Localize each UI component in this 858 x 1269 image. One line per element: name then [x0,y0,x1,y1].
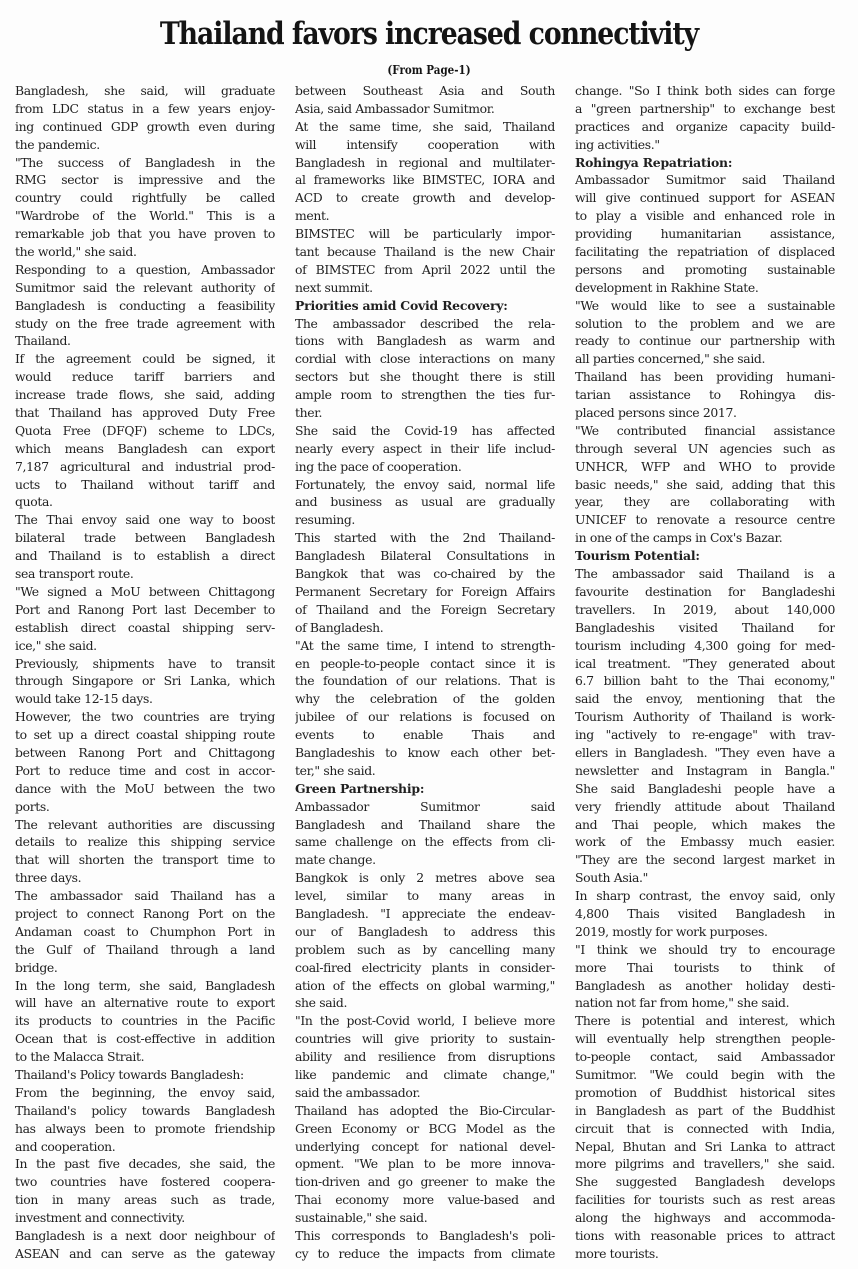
text-line: more Thai tourists to think of [575,959,835,977]
text-line: the foundation of our relations. That is [295,672,555,690]
text-line: Bangladesh is conducting a feasibility [15,297,275,315]
text-line: through Singapore or Sri Lanka, which [15,672,275,690]
text-line: ports. [15,798,275,816]
text-line: work of the Embassy much easier. [575,833,835,851]
text-line: a "green partnership" to exchange best [575,100,835,118]
text-line: Thailand. [15,332,275,350]
text-line: study on the free trade agreement with [15,315,275,333]
text-line: tant because Thailand is the new Chair [295,243,555,261]
text-line: basic needs," she said, adding that this [575,476,835,494]
text-line: At the same time, she said, Thailand [295,118,555,136]
text-line: She said Bangladeshi people have a [575,780,835,798]
text-line: why the celebration of the golden [295,690,555,708]
text-line: Sumitmor said the relevant authority of [15,279,275,297]
text-line: said the envoy, mentioning that the [575,690,835,708]
text-line: its products to countries in the Pacific [15,1012,275,1030]
text-line: of Bangladesh. [295,619,555,637]
text-line: Bangladesh, she said, will graduate [15,82,275,100]
text-line: Port to reduce time and cost in accor- [15,762,275,780]
text-line: Bangladesh. "I appreciate the endeav- [295,905,555,923]
text-line: will have an alternative route to export [15,994,275,1012]
text-line: events to enable Thais and [295,726,555,744]
text-line: The ambassador described the rela- [295,315,555,333]
text-line: coal-fired electricity plants in conside… [295,959,555,977]
text-line: Ambassador Sumitmor said [295,798,555,816]
text-line: Nepal, Bhutan and Sri Lanka to attract [575,1138,835,1156]
text-line: to set up a direct coastal shipping rout… [15,726,275,744]
text-line: Andaman coast to Chumphon Port in [15,923,275,941]
text-line: This corresponds to Bangladesh's poli- [295,1227,555,1245]
text-line: tion in many areas such as trade, [15,1191,275,1209]
text-line: details to realize this shipping service [15,833,275,851]
text-line: en people-to-people contact since it is [295,655,555,673]
text-line: Permanent Secretary for Foreign Affairs [295,583,555,601]
text-line: favourite destination for Bangladeshi [575,583,835,601]
section-heading: Tourism Potential: [575,547,835,565]
text-line: will give continued support for ASEAN [575,189,835,207]
text-line: underlying concept for national devel- [295,1138,555,1156]
text-line: The ambassador said Thailand is a [575,565,835,583]
text-line: tions with Bangladesh as warm and [295,332,555,350]
text-line: In the long term, she said, Bangladesh [15,977,275,995]
text-line: would take 12-15 days. [15,690,275,708]
text-line: ing "actively to re-engage" with trav- [575,726,835,744]
text-line: Bangladesh as another holiday desti- [575,977,835,995]
text-line: Ocean that is cost-effective in addition [15,1030,275,1048]
text-line: Bangladesh and Thailand share the [295,816,555,834]
text-line: However, the two countries are trying [15,708,275,726]
text-line: opment. "We plan to be more innova- [295,1155,555,1173]
text-line: The ambassador said Thailand has a [15,887,275,905]
text-line: Sumitmor. "We could begin with the [575,1066,835,1084]
text-line: Ambassador Sumitmor said Thailand [575,171,835,189]
text-line: bilateral trade between Bangladesh [15,529,275,547]
text-line: sea transport route. [15,565,275,583]
text-line: providing humanitarian assistance, [575,225,835,243]
text-line: "The success of Bangladesh in the [15,154,275,172]
text-line: development in Rakhine State. [575,279,835,297]
text-line: cy to reduce the impacts from climate [295,1245,555,1263]
text-line: dance with the MoU between the two [15,780,275,798]
text-line: country could rightfully be called [15,189,275,207]
text-line: There is potential and interest, which [575,1012,835,1030]
text-line: in one of the camps in Cox's Bazar. [575,529,835,547]
text-line: promotion of Buddhist historical sites [575,1084,835,1102]
text-line: project to connect Ranong Port on the [15,905,275,923]
text-line: Tourism Authority of Thailand is work- [575,708,835,726]
text-line: that Thailand has approved Duty Free [15,404,275,422]
text-line: tions with reasonable prices to attract [575,1227,835,1245]
text-line: travellers. In 2019, about 140,000 [575,601,835,619]
text-line: ellers in Bangladesh. "They even have a [575,744,835,762]
text-line: same challenge on the effects from cli- [295,833,555,851]
article-column-1: Bangladesh, she said, will graduatefrom … [15,82,275,1263]
text-line: very friendly attitude about Thailand [575,798,835,816]
text-line: establish direct coastal shipping serv- [15,619,275,637]
text-line: and Thailand is to establish a direct [15,547,275,565]
text-line: quota. [15,493,275,511]
text-line: will eventually help strengthen people- [575,1030,835,1048]
text-line: that will shorten the transport time to [15,851,275,869]
text-line: ing continued GDP growth even during [15,118,275,136]
text-line: year, they are collaborating with [575,493,835,511]
text-line: "We would like to see a sustainable [575,297,835,315]
text-line: Port and Ranong Port last December to [15,601,275,619]
text-line: From the beginning, the envoy said, [15,1084,275,1102]
text-line: jubilee of our relations is focused on [295,708,555,726]
section-heading: Green Partnership: [295,780,555,798]
text-line: nearly every aspect in their life includ… [295,440,555,458]
text-line: all parties concerned," she said. [575,350,835,368]
text-line: tarian assistance to Rohingya dis- [575,386,835,404]
text-line: Asia, said Ambassador Sumitmor. [295,100,555,118]
text-line: UNHCR, WFP and WHO to provide [575,458,835,476]
text-line: Previously, shipments have to transit [15,655,275,673]
text-line: facilitating the repatriation of displac… [575,243,835,261]
text-line: resuming. [295,511,555,529]
text-line: practices and organize capacity build- [575,118,835,136]
text-line: ing activities." [575,136,835,154]
text-line: like pandemic and climate change," [295,1066,555,1084]
text-line: three days. [15,869,275,887]
text-line: Bangkok that was co-chaired by the [295,565,555,583]
text-line: South Asia." [575,869,835,887]
newspaper-page: Thailand favors increased connectivity (… [0,0,858,1269]
text-line: ation of the effects on global warming," [295,977,555,995]
text-line: level, similar to many areas in [295,887,555,905]
text-line: "We signed a MoU between Chittagong [15,583,275,601]
text-line: Thailand's policy towards Bangladesh [15,1102,275,1120]
text-line: sectors but she thought there is still [295,368,555,386]
text-line: 4,800 Thais visited Bangladesh in [575,905,835,923]
text-line: The relevant authorities are discussing [15,816,275,834]
text-line: Bangladeshis visited Thailand for [575,619,835,637]
text-line: next summit. [295,279,555,297]
text-line: ample room to strengthen the ties fur- [295,386,555,404]
text-line: more tourists. [575,1245,835,1263]
text-line: ucts to Thailand without tariff and [15,476,275,494]
text-line: our of Bangladesh to address this [295,923,555,941]
text-line: investment and connectivity. [15,1209,275,1227]
text-line: If the agreement could be signed, it [15,350,275,368]
text-line: Bangkok is only 2 metres above sea [295,869,555,887]
text-line: between Southeast Asia and South [295,82,555,100]
text-line: nation not far from home," she said. [575,994,835,1012]
text-line: newsletter and Instagram in Bangla." [575,762,835,780]
text-line: and cooperation. [15,1138,275,1156]
text-line: Bangladesh in regional and multilater- [295,154,555,172]
text-line: "We contributed financial assistance [575,422,835,440]
article-column-3: change. "So I think both sides can forge… [575,82,835,1263]
text-line: In sharp contrast, the envoy said, only [575,887,835,905]
text-line: tourism including 4,300 going for med- [575,637,835,655]
text-line: and business as usual are gradually [295,493,555,511]
text-line: Thai economy more value-based and [295,1191,555,1209]
section-heading: Rohingya Repatriation: [575,154,835,172]
text-line: RMG sector is impressive and the [15,171,275,189]
text-line: cordial with close interactions on many [295,350,555,368]
text-line: BIMSTEC will be particularly impor- [295,225,555,243]
text-line: ther. [295,404,555,422]
text-line: "They are the second largest market in [575,851,835,869]
text-line: two countries have fostered coopera- [15,1173,275,1191]
section-heading: Priorities amid Covid Recovery: [295,297,555,315]
text-line: to play a visible and enhanced role in [575,207,835,225]
text-line: Bangladeshis to know each other bet- [295,744,555,762]
text-line: increase trade flows, she said, adding [15,386,275,404]
text-line: problem such as by cancelling many [295,941,555,959]
text-line: the pandemic. [15,136,275,154]
text-line: Fortunately, the envoy said, normal life [295,476,555,494]
text-line: which means Bangladesh can export [15,440,275,458]
text-line: UNICEF to renovate a resource centre [575,511,835,529]
text-line: ice," she said. [15,637,275,655]
text-line: from LDC status in a few years enjoy- [15,100,275,118]
text-line: Bangladesh Bilateral Consultations in [295,547,555,565]
text-line: ready to continue our partnership with [575,332,835,350]
text-line: mate change. [295,851,555,869]
text-line: She suggested Bangladesh develops [575,1173,835,1191]
text-line: along the highways and accommoda- [575,1209,835,1227]
text-line: of BIMSTEC from April 2022 until the [295,261,555,279]
text-line: the world," she said. [15,243,275,261]
text-line: sustainable," she said. [295,1209,555,1227]
text-line: Thailand has adopted the Bio-Circular- [295,1102,555,1120]
article-column-2: between Southeast Asia and SouthAsia, sa… [295,82,555,1263]
text-line: between Ranong Port and Chittagong [15,744,275,762]
text-line: Thailand's Policy towards Bangladesh: [15,1066,275,1084]
text-line: would reduce tariff barriers and [15,368,275,386]
text-line: to-people contact, said Ambassador [575,1048,835,1066]
text-line: ical treatment. "They generated about [575,655,835,673]
text-line: ter," she said. [295,762,555,780]
text-line: solution to the problem and we are [575,315,835,333]
text-line: said the ambassador. [295,1084,555,1102]
text-line: In the past five decades, she said, the [15,1155,275,1173]
text-line: ing the pace of cooperation. [295,458,555,476]
text-line: change. "So I think both sides can forge [575,82,835,100]
text-line: tion-driven and go greener to make the [295,1173,555,1191]
text-line: ability and resilience from disruptions [295,1048,555,1066]
text-line: through several UN agencies such as [575,440,835,458]
text-line: more pilgrims and travellers," she said. [575,1155,835,1173]
text-line: to the Malacca Strait. [15,1048,275,1066]
text-line: has always been to promote friendship [15,1120,275,1138]
text-line: Quota Free (DFQF) scheme to LDCs, [15,422,275,440]
text-line: The Thai envoy said one way to boost [15,511,275,529]
text-line: and Thai people, which makes the [575,816,835,834]
headline: Thailand favors increased connectivity [60,14,798,54]
text-line: circuit that is connected with India, [575,1120,835,1138]
text-line: Responding to a question, Ambassador [15,261,275,279]
text-line: 2019, mostly for work purposes. [575,923,835,941]
text-line: facilities for tourists such as rest are… [575,1191,835,1209]
text-line: remarkable job that you have proven to [15,225,275,243]
text-line: "In the post-Covid world, I believe more [295,1012,555,1030]
text-line: She said the Covid-19 has affected [295,422,555,440]
text-line: bridge. [15,959,275,977]
text-line: "Wardrobe of the World." This is a [15,207,275,225]
text-line: countries will give priority to sustain- [295,1030,555,1048]
text-line: she said. [295,994,555,1012]
text-line: persons and promoting sustainable [575,261,835,279]
text-line: Green Economy or BCG Model as the [295,1120,555,1138]
text-line: 7,187 agricultural and industrial prod- [15,458,275,476]
text-line: placed persons since 2017. [575,404,835,422]
text-line: of Thailand and the Foreign Secretary [295,601,555,619]
text-line: Thailand has been providing humani- [575,368,835,386]
continuation-label: (From Page-1) [60,62,798,78]
text-line: "I think we should try to encourage [575,941,835,959]
text-line: "At the same time, I intend to strength- [295,637,555,655]
text-line: will intensify cooperation with [295,136,555,154]
text-line: ASEAN and can serve as the gateway [15,1245,275,1263]
text-line: Bangladesh is a next door neighbour of [15,1227,275,1245]
text-line: the Gulf of Thailand through a land [15,941,275,959]
text-line: ACD to create growth and develop- [295,189,555,207]
text-line: in Bangladesh as part of the Buddhist [575,1102,835,1120]
text-line: This started with the 2nd Thailand- [295,529,555,547]
text-line: al frameworks like BIMSTEC, IORA and [295,171,555,189]
text-line: 6.7 billion baht to the Thai economy," [575,672,835,690]
text-line: ment. [295,207,555,225]
